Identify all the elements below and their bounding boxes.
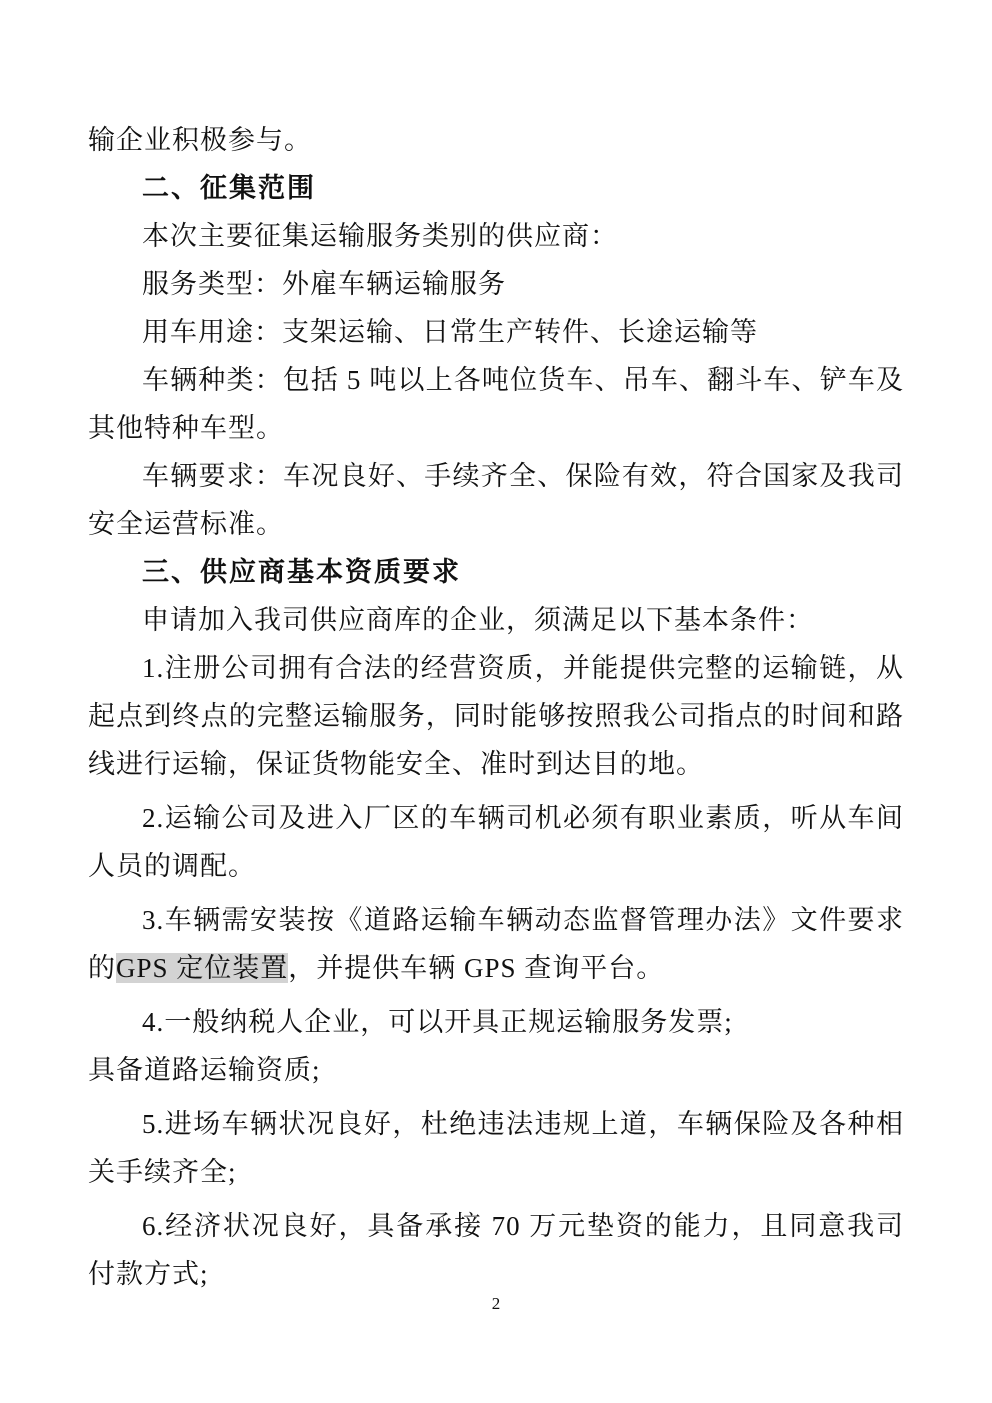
- paragraph-condition-4-continued: 具备道路运输资质;: [88, 1046, 904, 1094]
- section-heading-2: 二、征集范围: [88, 164, 904, 212]
- paragraph-condition-5: 5.进场车辆状况良好，杜绝违法违规上道，车辆保险及各种相关手续齐全;: [88, 1100, 904, 1196]
- paragraph-condition-2: 2.运输公司及进入厂区的车辆司机必须有职业素质，听从车间人员的调配。: [88, 794, 904, 890]
- paragraph-service-type: 服务类型：外雇车辆运输服务: [88, 260, 904, 308]
- paragraph: 本次主要征集运输服务类别的供应商：: [88, 212, 904, 260]
- condition-3-text-after: ，并提供车辆 GPS 查询平台。: [288, 953, 664, 983]
- paragraph-intro-conditions: 申请加入我司供应商库的企业，须满足以下基本条件：: [88, 596, 904, 644]
- paragraph-condition-1: 1.注册公司拥有合法的经营资质，并能提供完整的运输链，从起点到终点的完整运输服务…: [88, 644, 904, 788]
- paragraph-condition-6: 6.经济状况良好，具备承接 70 万元垫资的能力，且同意我司付款方式;: [88, 1202, 904, 1298]
- paragraph-continuation: 输企业积极参与。: [88, 116, 904, 164]
- gps-highlighted-text: GPS 定位装置: [116, 953, 288, 983]
- page-number: 2: [0, 1292, 992, 1316]
- document-page: 输企业积极参与。 二、征集范围 本次主要征集运输服务类别的供应商： 服务类型：外…: [0, 0, 992, 1403]
- section-heading-3: 三、供应商基本资质要求: [88, 548, 904, 596]
- paragraph-vehicle-usage: 用车用途：支架运输、日常生产转件、长途运输等: [88, 308, 904, 356]
- paragraph-vehicle-category: 车辆种类：包括 5 吨以上各吨位货车、吊车、翻斗车、铲车及其他特种车型。: [88, 356, 904, 452]
- paragraph-condition-3: 3.车辆需安装按《道路运输车辆动态监督管理办法》文件要求的GPS 定位装置，并提…: [88, 896, 904, 992]
- paragraph-vehicle-requirement: 车辆要求：车况良好、手续齐全、保险有效，符合国家及我司安全运营标准。: [88, 452, 904, 548]
- paragraph-condition-4: 4.一般纳税人企业，可以开具正规运输服务发票;: [88, 998, 904, 1046]
